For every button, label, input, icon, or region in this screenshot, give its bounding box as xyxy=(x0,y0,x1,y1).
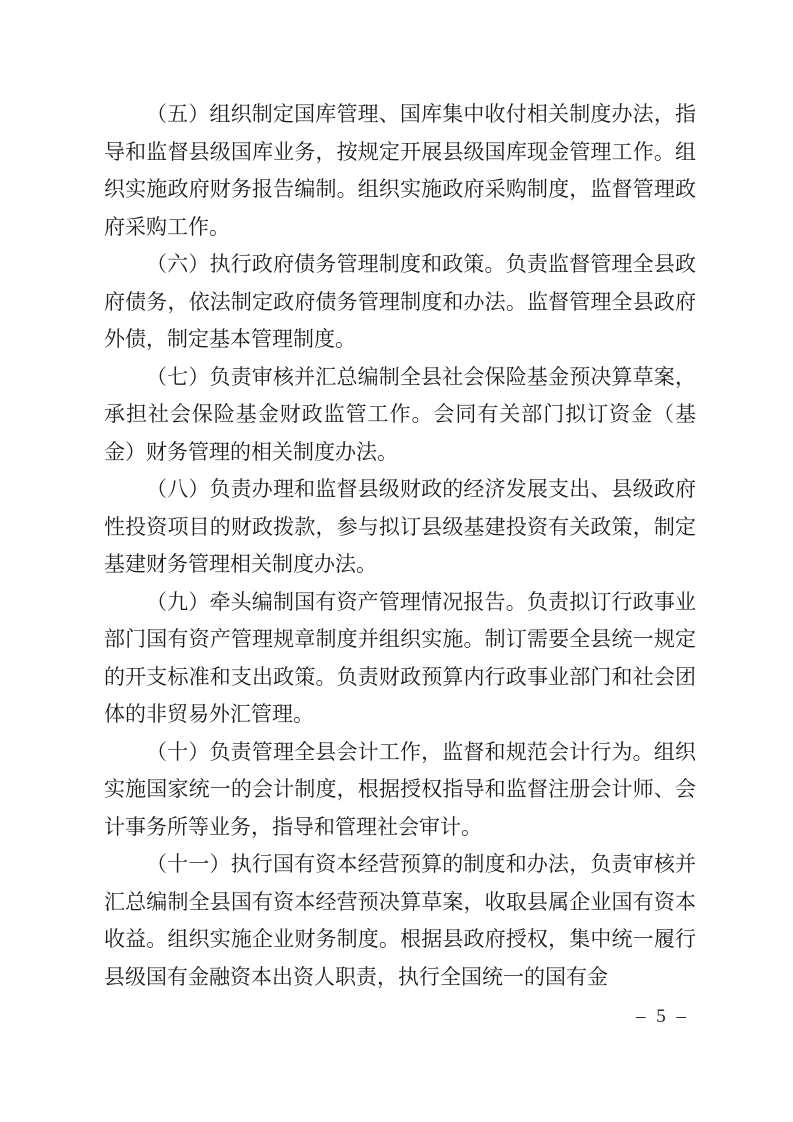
paragraph: （七）负责审核并汇总编制全县社会保险基金预决算草案，承担社会保险基金财政监管工作… xyxy=(104,359,696,472)
document-page: （五）组织制定国库管理、国库集中收付相关制度办法，指导和监督县级国库业务，按规定… xyxy=(0,0,793,1122)
paragraph: （八）负责办理和监督县级财政的经济发展支出、县级政府性投资项目的财政拨款，参与拟… xyxy=(104,471,696,584)
paragraph: （九）牵头编制国有资产管理情况报告。负责拟订行政事业部门国有资产管理规章制度并组… xyxy=(104,584,696,734)
paragraph: （五）组织制定国库管理、国库集中收付相关制度办法，指导和监督县级国库业务，按规定… xyxy=(104,96,696,246)
paragraph: （十一）执行国有资本经营预算的制度和办法，负责审核并汇总编制全县国有资本经营预决… xyxy=(104,846,696,996)
page-number: – 5 – xyxy=(636,1006,689,1028)
paragraph: （十）负责管理全县会计工作，监督和规范会计行为。组织实施国家统一的会计制度，根据… xyxy=(104,734,696,847)
document-body: （五）组织制定国库管理、国库集中收付相关制度办法，指导和监督县级国库业务，按规定… xyxy=(104,96,696,996)
paragraph: （六）执行政府债务管理制度和政策。负责监督管理全县政府债务，依法制定政府债务管理… xyxy=(104,246,696,359)
